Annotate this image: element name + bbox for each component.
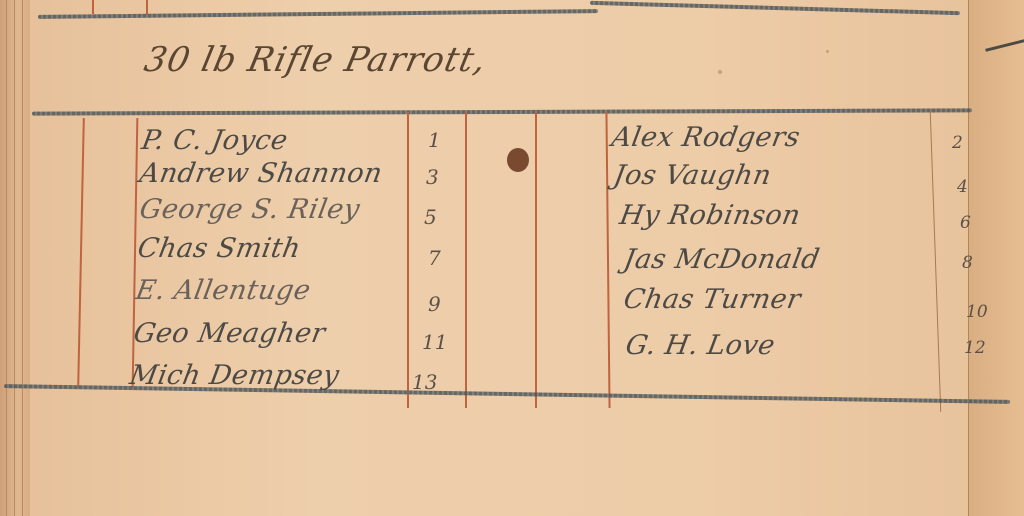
column-rule xyxy=(465,112,467,408)
roster-name: Chas Turner xyxy=(621,284,803,315)
roster-name: Andrew Shannon xyxy=(137,158,385,189)
section-heading: 30 lb Rifle Parrott, xyxy=(141,40,491,80)
roster-number: 4 xyxy=(957,177,968,197)
adjacent-page xyxy=(968,0,1024,516)
pencil-mark xyxy=(985,39,1024,52)
page-edge xyxy=(14,0,15,516)
roster-number: 8 xyxy=(962,253,973,273)
roster-name: Geo Meagher xyxy=(131,318,328,349)
roster-number: 2 xyxy=(952,133,963,153)
column-rule xyxy=(146,0,148,14)
roster-name: Mich Dempsey xyxy=(127,360,341,391)
roster-number: 12 xyxy=(964,338,986,358)
column-rule xyxy=(535,112,537,408)
page-edge xyxy=(22,0,23,516)
roster-number: 1 xyxy=(428,128,441,152)
roster-number: 5 xyxy=(424,205,437,229)
roster-name: P. C. Joyce xyxy=(139,125,290,156)
roster-name: Jas McDonald xyxy=(621,244,822,275)
column-rule xyxy=(92,0,94,14)
roster-number: 13 xyxy=(412,370,437,394)
roster-number: 10 xyxy=(966,302,988,322)
roster-name: Alex Rodgers xyxy=(609,122,802,153)
column-rule xyxy=(407,112,409,408)
roster-name: Chas Smith xyxy=(135,233,303,264)
book-binding xyxy=(0,0,30,516)
roster-name: E. Allentuge xyxy=(133,275,313,306)
roster-number: 11 xyxy=(422,330,447,354)
page-edge xyxy=(6,0,7,516)
roster-name: Jos Vaughn xyxy=(611,160,774,191)
roster-name: George S. Riley xyxy=(137,194,362,225)
paper-spot xyxy=(718,70,722,74)
ink-blot xyxy=(507,148,529,172)
paper-spot xyxy=(826,50,829,53)
roster-number: 7 xyxy=(428,246,441,270)
roster-name: Hy Robinson xyxy=(617,200,803,231)
roster-number: 3 xyxy=(426,165,439,189)
roster-name: G. H. Love xyxy=(623,330,777,361)
roster-number: 6 xyxy=(960,213,971,233)
roster-number: 9 xyxy=(428,292,441,316)
